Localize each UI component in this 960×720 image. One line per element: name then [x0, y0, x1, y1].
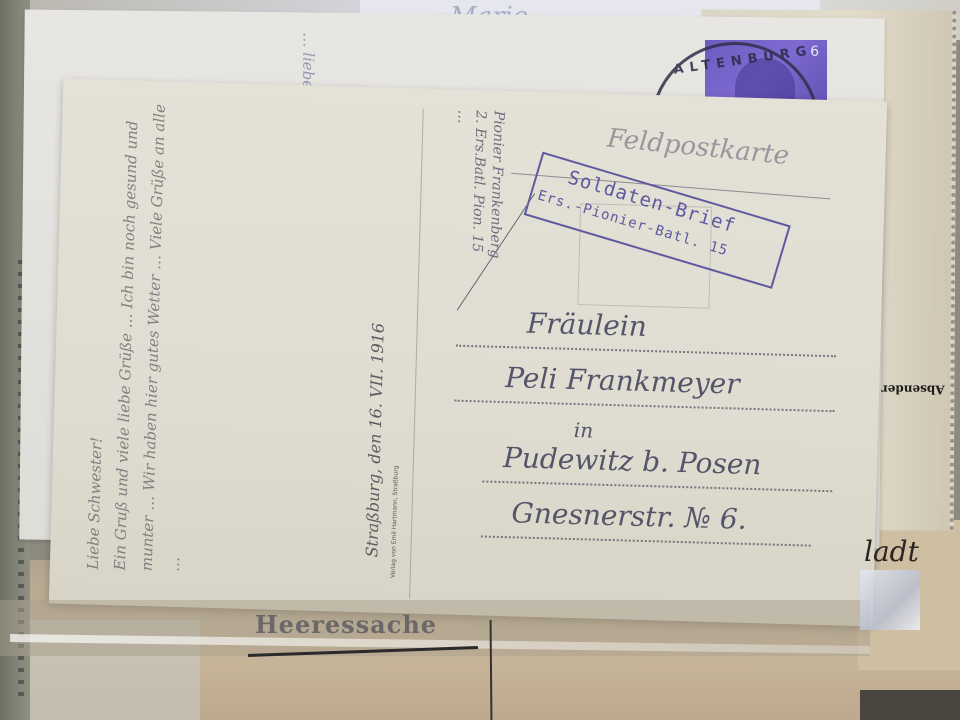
background-shadow: [860, 690, 960, 720]
address-line-1: [456, 345, 836, 358]
address-line-4: [481, 535, 811, 546]
address-town: Pudewitz b. Posen: [503, 441, 762, 481]
address-line-2: [455, 400, 835, 413]
postcard-header: Feldpostkarte: [606, 124, 791, 172]
address-line-3: [482, 480, 832, 492]
heeressache-label: Heeressache: [255, 610, 437, 639]
message-body: Ein Gruß und viele liebe Grüße … Ich bin…: [107, 100, 201, 572]
address-street: Gnesnerstr. № 6.: [511, 496, 747, 536]
corner-handwriting: ladt: [864, 535, 919, 568]
address-preposition: in: [574, 418, 594, 443]
corner-tape: [860, 570, 920, 630]
postcard-divider: [409, 109, 424, 599]
field-postcard: Liebe Schwester! Ein Gruß und viele lieb…: [49, 79, 887, 627]
address-salutation: Fräulein: [526, 307, 647, 343]
sender-address: Pionier Frankenberg 2. Ers.Batl. Pion. 1…: [444, 109, 508, 261]
address-name: Peli Frankmeyer: [505, 361, 740, 401]
envelope-printed-label: Absender: [881, 382, 944, 396]
postcard-message: Liebe Schwester! Ein Gruß und viele lieb…: [80, 99, 393, 577]
